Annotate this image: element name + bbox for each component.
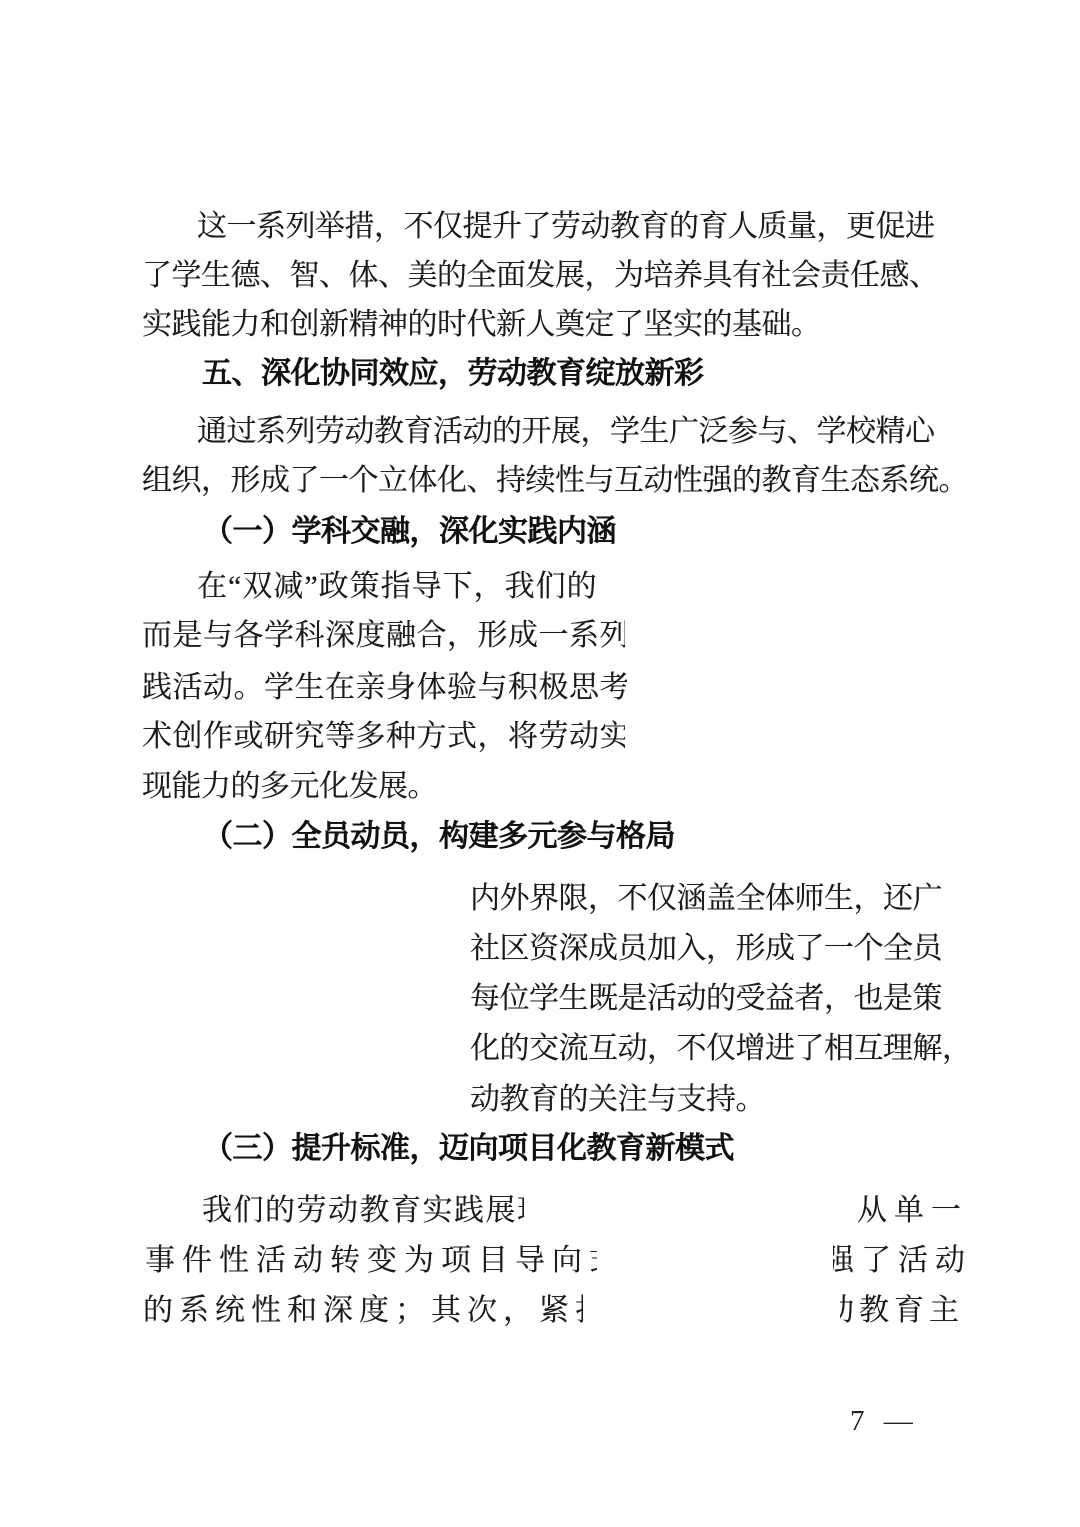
paragraph-line: 现能力的多元化发展。 — [142, 769, 437, 807]
paragraph-line-truncated: 化的交流互动，不仅增进了相互理解， — [470, 1031, 972, 1069]
paragraph-line-truncated: 术创作或研究等多种方式，将劳动实 — [142, 719, 625, 757]
fragment-text: 动教育主 — [840, 1293, 964, 1329]
paragraph-line-fragment: 动教育主 — [840, 1293, 970, 1331]
paragraph-line-truncated: 践活动。学生在亲身体验与积极思考 — [142, 670, 627, 708]
paragraph-line: 实践能力和创新精神的时代新人奠定了坚实的基础。 — [142, 307, 821, 345]
paragraph-line-truncated: 事件性活动转变为项目导向式 — [145, 1243, 597, 1281]
paragraph-line-truncated: 我们的劳动教育实践展现 — [202, 1193, 524, 1231]
paragraph-line-truncated: 在“双减”政策指导下，我们的 — [197, 569, 627, 607]
paragraph-line-truncated: 每位学生既是活动的受益者，也是策 — [470, 981, 942, 1019]
paragraph-line-fragment: 从单一 — [857, 1193, 968, 1231]
page-number: 7 — — [850, 1404, 919, 1438]
section-heading: 五、深化协同效应，劳动教育绽放新彩 — [202, 356, 704, 394]
paragraph-line: 这一系列举措，不仅提升了劳动教育的育人质量，更促进 — [197, 209, 935, 247]
paragraph-line: 通过系列劳动教育活动的开展，学生广泛参与、学校精心 — [197, 414, 935, 452]
paragraph-line-truncated: 而是与各学科深度融合，形成一系列 — [142, 618, 625, 656]
paragraph-line-fragment: 强了活动 — [833, 1243, 973, 1281]
subsection-heading: （二）全员动员，构建多元参与格局 — [203, 819, 675, 857]
subsection-heading: （一）学科交融，深化实践内涵 — [203, 514, 616, 552]
paragraph-line-truncated: 社区资深成员加入，形成了一个全员 — [470, 931, 942, 969]
paragraph-line-truncated: 动教育的关注与支持。 — [470, 1082, 765, 1120]
fragment-text: 强了活动 — [833, 1243, 972, 1279]
document-page: 这一系列举措，不仅提升了劳动教育的育人质量，更促进 了学生德、智、体、美的全面发… — [0, 0, 1080, 1527]
paragraph-line-truncated: 的系统性和深度；其次，紧扣 — [143, 1293, 583, 1331]
paragraph-line: 了学生德、智、体、美的全面发展，为培养具有社会责任感、 — [142, 258, 939, 296]
subsection-heading: （三）提升标准，迈向项目化教育新模式 — [203, 1131, 734, 1169]
paragraph-line-truncated: 内外界限，不仅涵盖全体师生，还广 — [470, 881, 942, 919]
paragraph-line: 组织，形成了一个立体化、持续性与互动性强的教育生态系统。 — [142, 463, 968, 501]
